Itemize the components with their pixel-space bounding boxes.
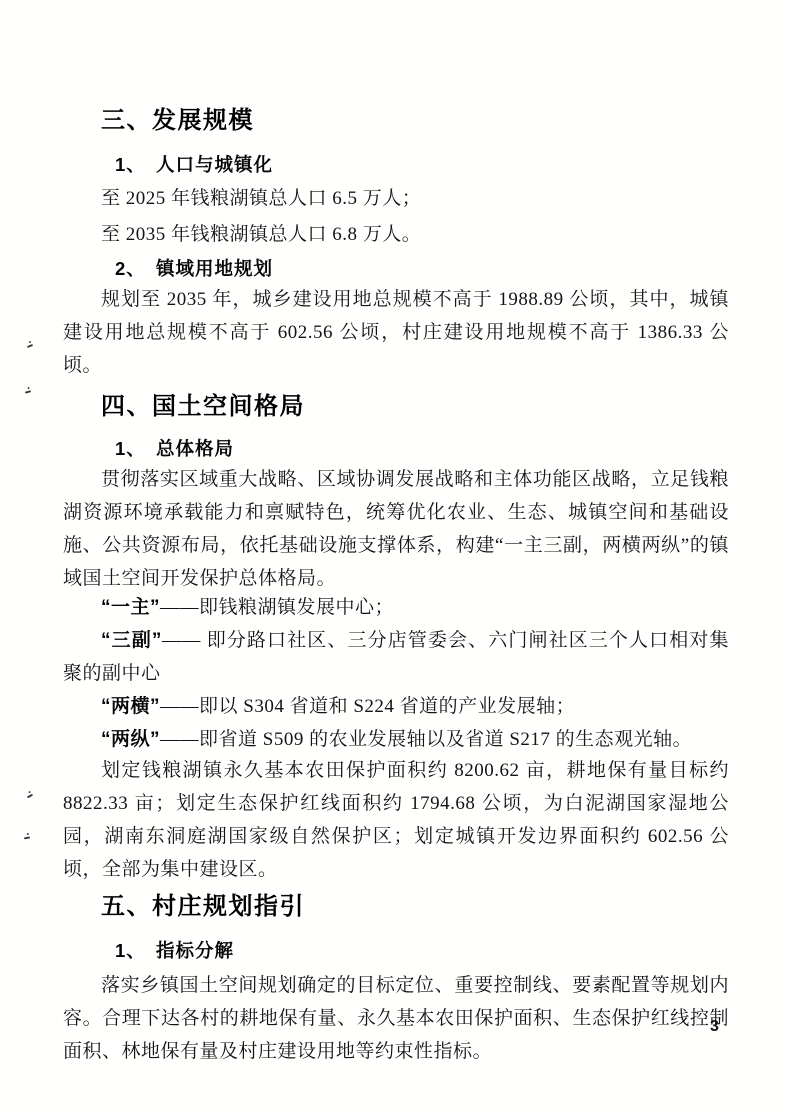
- term-label-one-main: “一主”: [101, 597, 160, 618]
- page-number: 3: [710, 1017, 719, 1037]
- scan-artifact-2: [23, 386, 33, 397]
- subheading-indicator-decomposition: 1、 指标分解: [115, 938, 729, 963]
- term-paragraph-two-vertical: “两纵”——即省道 S509 的农业发展轴以及省道 S217 的生态观光轴。: [63, 723, 729, 756]
- paragraph-indicator-decomposition: 落实乡镇国土空间规划确定的目标定位、重要控制线、要素配置等规划内容。合理下达各村…: [63, 969, 729, 1068]
- page-content: 三、发展规模 1、 人口与城镇化 至 2025 年钱粮湖镇总人口 6.5 万人；…: [63, 0, 729, 1068]
- term-paragraph-one-main: “一主”——即钱粮湖镇发展中心；: [63, 591, 729, 624]
- term-label-two-vertical: “两纵”: [101, 729, 160, 750]
- term-description-three-sub: —— 即分路口社区、三分店管委会、六门闸社区三个人口相对集聚的副中心: [63, 630, 729, 684]
- subheading-town-land-use-planning: 2、 镇域用地规划: [115, 256, 729, 281]
- term-label-three-sub: “三副”: [101, 630, 162, 651]
- subheading-overall-pattern: 1、 总体格局: [115, 436, 729, 461]
- paragraph-population-2035: 至 2035 年钱粮湖镇总人口 6.8 万人。: [63, 217, 729, 253]
- term-description-two-horizontal: ——即以 S304 省道和 S224 省道的产业发展轴；: [160, 696, 575, 717]
- term-description-one-main: ——即钱粮湖镇发展中心；: [160, 597, 394, 618]
- heading-5-village-planning-guidance: 五、村庄规划指引: [101, 892, 729, 922]
- document-page: 三、发展规模 1、 人口与城镇化 至 2025 年钱粮湖镇总人口 6.5 万人；…: [0, 0, 790, 1117]
- term-paragraph-two-horizontal: “两横”——即以 S304 省道和 S224 省道的产业发展轴；: [63, 690, 729, 723]
- subheading-population-urbanization: 1、 人口与城镇化: [115, 152, 729, 177]
- scan-artifact-3: [26, 791, 36, 802]
- paragraph-land-use-scale: 规划至 2035 年，城乡建设用地总规模不高于 1988.89 公顷，其中，城镇…: [63, 283, 729, 382]
- term-paragraph-three-sub: “三副”—— 即分路口社区、三分店管委会、六门闸社区三个人口相对集聚的副中心: [63, 624, 729, 690]
- term-description-two-vertical: ——即省道 S509 的农业发展轴以及省道 S217 的生态观光轴。: [160, 729, 692, 750]
- paragraph-overall-pattern: 贯彻落实区域重大战略、区域协调发展战略和主体功能区战略，立足钱粮湖资源环境承载能…: [63, 463, 729, 595]
- heading-4-territorial-spatial-pattern: 四、国土空间格局: [101, 392, 729, 422]
- heading-3-development-scale: 三、发展规模: [101, 106, 729, 136]
- paragraph-protection-lines: 划定钱粮湖镇永久基本农田保护面积约 8200.62 亩，耕地保有量目标约 882…: [63, 754, 729, 886]
- scan-artifact-1: [26, 341, 35, 351]
- scan-artifact-4: [22, 832, 33, 844]
- term-label-two-horizontal: “两横”: [101, 696, 160, 717]
- paragraph-population-2025: 至 2025 年钱粮湖镇总人口 6.5 万人；: [63, 181, 729, 217]
